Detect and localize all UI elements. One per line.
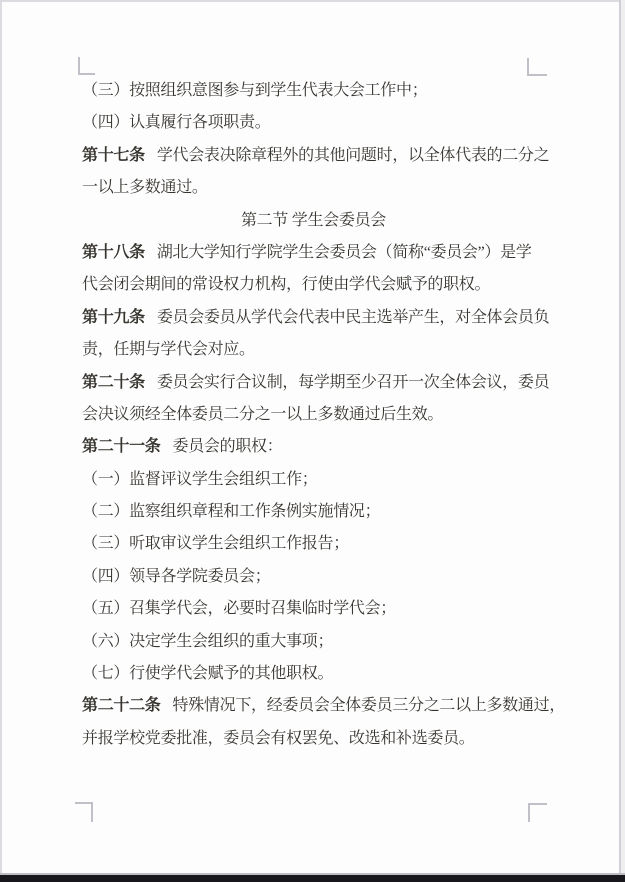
document-line: （四）领导各学院委员会； [82, 561, 545, 593]
article-number: 第十八条 [82, 244, 145, 261]
page-edge-left [0, 0, 2, 875]
margin-crop-mark-top-left [78, 57, 95, 75]
document-line: （七）行使学代会赋予的其他职权。 [82, 658, 545, 690]
line-text: 责，任期与学代会对应。 [82, 341, 255, 358]
line-text: 委员会的职权： [173, 438, 283, 455]
document-line: 代会闭会期间的常设权力机构，行使由学代会赋予的职权。 [82, 269, 545, 301]
article-number: 第十九条 [82, 309, 145, 326]
line-text: （一）监督评议学生会组织工作； [82, 471, 318, 488]
document-line: 第十七条学代会表决除章程外的其他问题时，以全体代表的二分之 [82, 140, 545, 172]
margin-crop-mark-top-right [527, 58, 547, 76]
line-text: 特殊情况下，经委员会全体委员三分之二以上多数通过， [173, 697, 566, 714]
document-line: 第二十一条委员会的职权： [82, 431, 545, 463]
section-heading: 第二节 学生会委员会 [82, 205, 545, 237]
document-line: 并报学校党委批准，委员会有权罢免、改选和补选委员。 [82, 723, 545, 755]
document-line: 责，任期与学代会对应。 [82, 334, 545, 366]
document-line: （二）监察组织章程和工作条例实施情况； [82, 496, 545, 528]
document-line: 第二十条委员会实行合议制，每学期至少召开一次全体会议，委员 [82, 367, 545, 399]
document-line: （三）听取审议学生会组织工作报告； [82, 528, 545, 560]
line-text: 委员会实行合议制，每学期至少召开一次全体会议，委员 [157, 374, 550, 391]
line-text: 学代会表决除章程外的其他问题时，以全体代表的二分之 [157, 147, 550, 164]
line-text: （七）行使学代会赋予的其他职权。 [82, 665, 333, 682]
page-edge-right-line [619, 0, 621, 875]
document-line: （三）按照组织意图参与到学生代表大会工作中； [82, 75, 545, 107]
margin-crop-mark-bottom-left [75, 802, 93, 822]
document-line: （六）决定学生会组织的重大事项； [82, 626, 545, 658]
article-number: 第二十条 [82, 374, 145, 391]
document-page: （三）按照组织意图参与到学生代表大会工作中；（四）认真履行各项职责。第十七条学代… [0, 0, 625, 882]
line-text: 会决议须经全体委员二分之一以上多数通过后生效。 [82, 406, 443, 423]
document-line: （五）召集学代会，必要时召集临时学代会； [82, 593, 545, 625]
line-text: （六）决定学生会组织的重大事项； [82, 633, 333, 650]
line-text: 湖北大学知行学院学生会委员会（简称“委员会”）是学 [157, 244, 532, 261]
page-edge-right-fill [621, 0, 625, 875]
margin-crop-mark-bottom-right [528, 803, 547, 822]
document-line: 第十九条委员会委员从学代会代表中民主选举产生，对全体会员负 [82, 302, 545, 334]
page-edge-top [0, 0, 625, 2]
document-body: （三）按照组织意图参与到学生代表大会工作中；（四）认真履行各项职责。第十七条学代… [82, 75, 545, 755]
line-text: 一以上多数通过。 [82, 179, 208, 196]
line-text: 并报学校党委批准，委员会有权罢免、改选和补选委员。 [82, 730, 475, 747]
line-text: （三）按照组织意图参与到学生代表大会工作中； [82, 82, 427, 99]
article-number: 第二十二条 [82, 697, 161, 714]
document-line: 一以上多数通过。 [82, 172, 545, 204]
line-text: （二）监察组织章程和工作条例实施情况； [82, 503, 380, 520]
bottom-bar [0, 875, 625, 882]
line-text: （五）召集学代会，必要时召集临时学代会； [82, 600, 396, 617]
line-text: （三）听取审议学生会组织工作报告； [82, 535, 349, 552]
line-text: （四）认真履行各项职责。 [82, 114, 270, 131]
article-number: 第二十一条 [82, 438, 161, 455]
line-text: 第二节 学生会委员会 [241, 212, 386, 229]
line-text: 代会闭会期间的常设权力机构，行使由学代会赋予的职权。 [82, 276, 490, 293]
document-line: 第十八条湖北大学知行学院学生会委员会（简称“委员会”）是学 [82, 237, 545, 269]
document-line: 第二十二条特殊情况下，经委员会全体委员三分之二以上多数通过， [82, 690, 545, 722]
document-line: （一）监督评议学生会组织工作； [82, 464, 545, 496]
line-text: （四）领导各学院委员会； [82, 568, 270, 585]
document-line: 会决议须经全体委员二分之一以上多数通过后生效。 [82, 399, 545, 431]
document-line: （四）认真履行各项职责。 [82, 107, 545, 139]
line-text: 委员会委员从学代会代表中民主选举产生，对全体会员负 [157, 309, 550, 326]
article-number: 第十七条 [82, 147, 145, 164]
